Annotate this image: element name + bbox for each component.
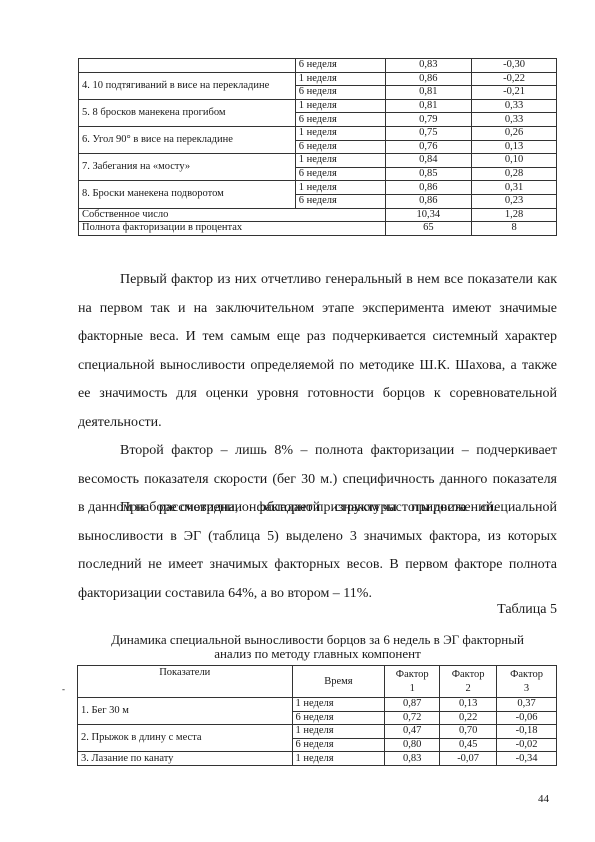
text-line: факторизации составила 64%, а во втором …	[78, 580, 557, 609]
factor-2-cell: 0,33	[472, 99, 557, 113]
time-cell: 1 неделя	[295, 181, 385, 195]
factor-1-cell: 0,79	[385, 113, 472, 127]
factor-1-cell: 0,83	[385, 752, 440, 766]
summary-label: Собственное число	[79, 208, 386, 222]
factor-1-cell: 0,47	[385, 725, 440, 739]
text-line: Второй фактор – лишь 8% – полнота фактор…	[78, 437, 557, 466]
factor-2-cell: 0,22	[440, 711, 497, 725]
factor-1-cell: 0,80	[385, 738, 440, 752]
time-cell: 1 неделя	[292, 698, 385, 712]
text-line: Первый фактор из них отчетливо генеральн…	[78, 266, 557, 295]
time-cell: 6 неделя	[295, 194, 385, 208]
time-cell: 6 неделя	[295, 140, 385, 154]
factor-1-cell: 0,75	[385, 126, 472, 140]
indicator-name: 4. 10 подтягиваний в висе на перекладине	[79, 72, 296, 99]
factor-1-cell: 0,86	[385, 181, 472, 195]
factor-1-cell: 0,85	[385, 167, 472, 181]
factor-2-cell: 0,10	[472, 154, 557, 168]
indicator-name: 3. Лазание по канату	[78, 752, 293, 766]
factor-2-cell: 1,28	[472, 208, 557, 222]
factor-2-cell: 0,13	[440, 698, 497, 712]
summary-label: Полнота факторизации в процентах	[79, 222, 386, 236]
factor-1-cell: 0,83	[385, 59, 472, 73]
time-cell: 1 неделя	[295, 126, 385, 140]
time-cell: 6 неделя	[295, 86, 385, 100]
table-row: 4. 10 подтягиваний в висе на перекладине…	[79, 72, 557, 86]
time-cell: 1 неделя	[295, 99, 385, 113]
table-row: 6. Угол 90° в висе на перекладине1 недел…	[79, 126, 557, 140]
indicator-name	[79, 59, 296, 73]
table-row: 6 неделя0,83-0,30	[79, 59, 557, 73]
factor-2-cell: 0,33	[472, 113, 557, 127]
table-5: Показатели Время Фактор1 Фактор2 Фактор3…	[77, 665, 557, 766]
header-indicators: Показатели	[78, 666, 293, 698]
summary-row: Полнота факторизации в процентах658	[79, 222, 557, 236]
factor-2-cell: 0,28	[472, 167, 557, 181]
text-line: последний не имеет значимых факторных ве…	[78, 551, 557, 580]
text-line: весомость показателя скорости (бег 30 м.…	[78, 466, 557, 495]
time-cell: 1 неделя	[295, 154, 385, 168]
factor-table-continued: 6 неделя0,83-0,304. 10 подтягиваний в ви…	[78, 58, 557, 236]
factor-1-cell: 65	[385, 222, 472, 236]
text-line: факторные веса. И тем самым еще раз подч…	[78, 323, 557, 352]
time-cell: 6 неделя	[295, 167, 385, 181]
factor-1-cell: 0,87	[385, 698, 440, 712]
text-line: При рассмотрении факторной структуры при…	[78, 494, 557, 523]
text-line: ее значимость для оценки уровня готовнос…	[78, 380, 557, 409]
factor-3-cell: 0,37	[497, 698, 557, 712]
factor-3-cell: -0,02	[497, 738, 557, 752]
factor-2-cell: -0,30	[472, 59, 557, 73]
paragraph: Первый фактор из них отчетливо генеральн…	[78, 266, 557, 438]
table-row: 5. 8 бросков манекена прогибом1 неделя0,…	[79, 99, 557, 113]
table-row: 1. Бег 30 м1 неделя0,870,130,37	[78, 698, 557, 712]
factor-1-cell: 0,86	[385, 194, 472, 208]
table-row: 7. Забегания на «мосту»1 неделя0,840,10	[79, 154, 557, 168]
table-row: 3. Лазание по канату1 неделя0,83-0,07-0,…	[78, 752, 557, 766]
time-cell: 1 неделя	[295, 72, 385, 86]
table-caption-number: Таблица 5	[497, 602, 557, 618]
factor-1-cell: 0,81	[385, 86, 472, 100]
time-cell: 6 неделя	[295, 59, 385, 73]
factor-2-cell: -0,07	[440, 752, 497, 766]
indicator-name: 1. Бег 30 м	[78, 698, 293, 725]
table-header-row: Показатели Время Фактор1 Фактор2 Фактор3	[78, 666, 557, 698]
table-caption-title: Динамика специальной выносливости борцов…	[78, 633, 557, 661]
text-line: выносливости в ЭГ (таблица 5) выделено 3…	[78, 523, 557, 552]
factor-2-cell: 8	[472, 222, 557, 236]
indicator-name: 5. 8 бросков манекена прогибом	[79, 99, 296, 126]
paragraph: При рассмотрении факторной структуры при…	[78, 494, 557, 608]
factor-1-cell: 0,84	[385, 154, 472, 168]
factor-1-cell: 0,86	[385, 72, 472, 86]
header-factor-3: Фактор3	[497, 666, 557, 698]
factor-2-cell: -0,21	[472, 86, 557, 100]
text-line: деятельности.	[78, 409, 557, 438]
factor-2-cell: 0,13	[472, 140, 557, 154]
factor-1-cell: 0,81	[385, 99, 472, 113]
factor-1-cell: 0,72	[385, 711, 440, 725]
factor-2-cell: 0,45	[440, 738, 497, 752]
table-row: 8. Броски манекена подворотом1 неделя0,8…	[79, 181, 557, 195]
time-cell: 6 неделя	[295, 113, 385, 127]
factor-2-cell: 0,23	[472, 194, 557, 208]
text-line: специальной выносливости определяемой по…	[78, 352, 557, 381]
indicator-name: 2. Прыжок в длину с места	[78, 725, 293, 752]
factor-3-cell: -0,34	[497, 752, 557, 766]
factor-1-cell: 0,76	[385, 140, 472, 154]
time-cell: 1 неделя	[292, 752, 385, 766]
time-cell: 6 неделя	[292, 738, 385, 752]
factor-2-cell: 0,31	[472, 181, 557, 195]
factor-2-cell: 0,26	[472, 126, 557, 140]
time-cell: 6 неделя	[292, 711, 385, 725]
stray-mark: -	[62, 684, 65, 694]
indicator-name: 7. Забегания на «мосту»	[79, 154, 296, 181]
text-line: на первом так и на заключительном этапе …	[78, 295, 557, 324]
factor-3-cell: -0,18	[497, 725, 557, 739]
time-cell: 1 неделя	[292, 725, 385, 739]
header-factor-2: Фактор2	[440, 666, 497, 698]
factor-3-cell: -0,06	[497, 711, 557, 725]
summary-row: Собственное число10,341,28	[79, 208, 557, 222]
table-row: 2. Прыжок в длину с места1 неделя0,470,7…	[78, 725, 557, 739]
factor-2-cell: -0,22	[472, 72, 557, 86]
page-number: 44	[538, 793, 549, 805]
header-factor-1: Фактор1	[385, 666, 440, 698]
header-time: Время	[292, 666, 385, 698]
indicator-name: 8. Броски манекена подворотом	[79, 181, 296, 208]
indicator-name: 6. Угол 90° в висе на перекладине	[79, 126, 296, 153]
factor-1-cell: 10,34	[385, 208, 472, 222]
factor-2-cell: 0,70	[440, 725, 497, 739]
